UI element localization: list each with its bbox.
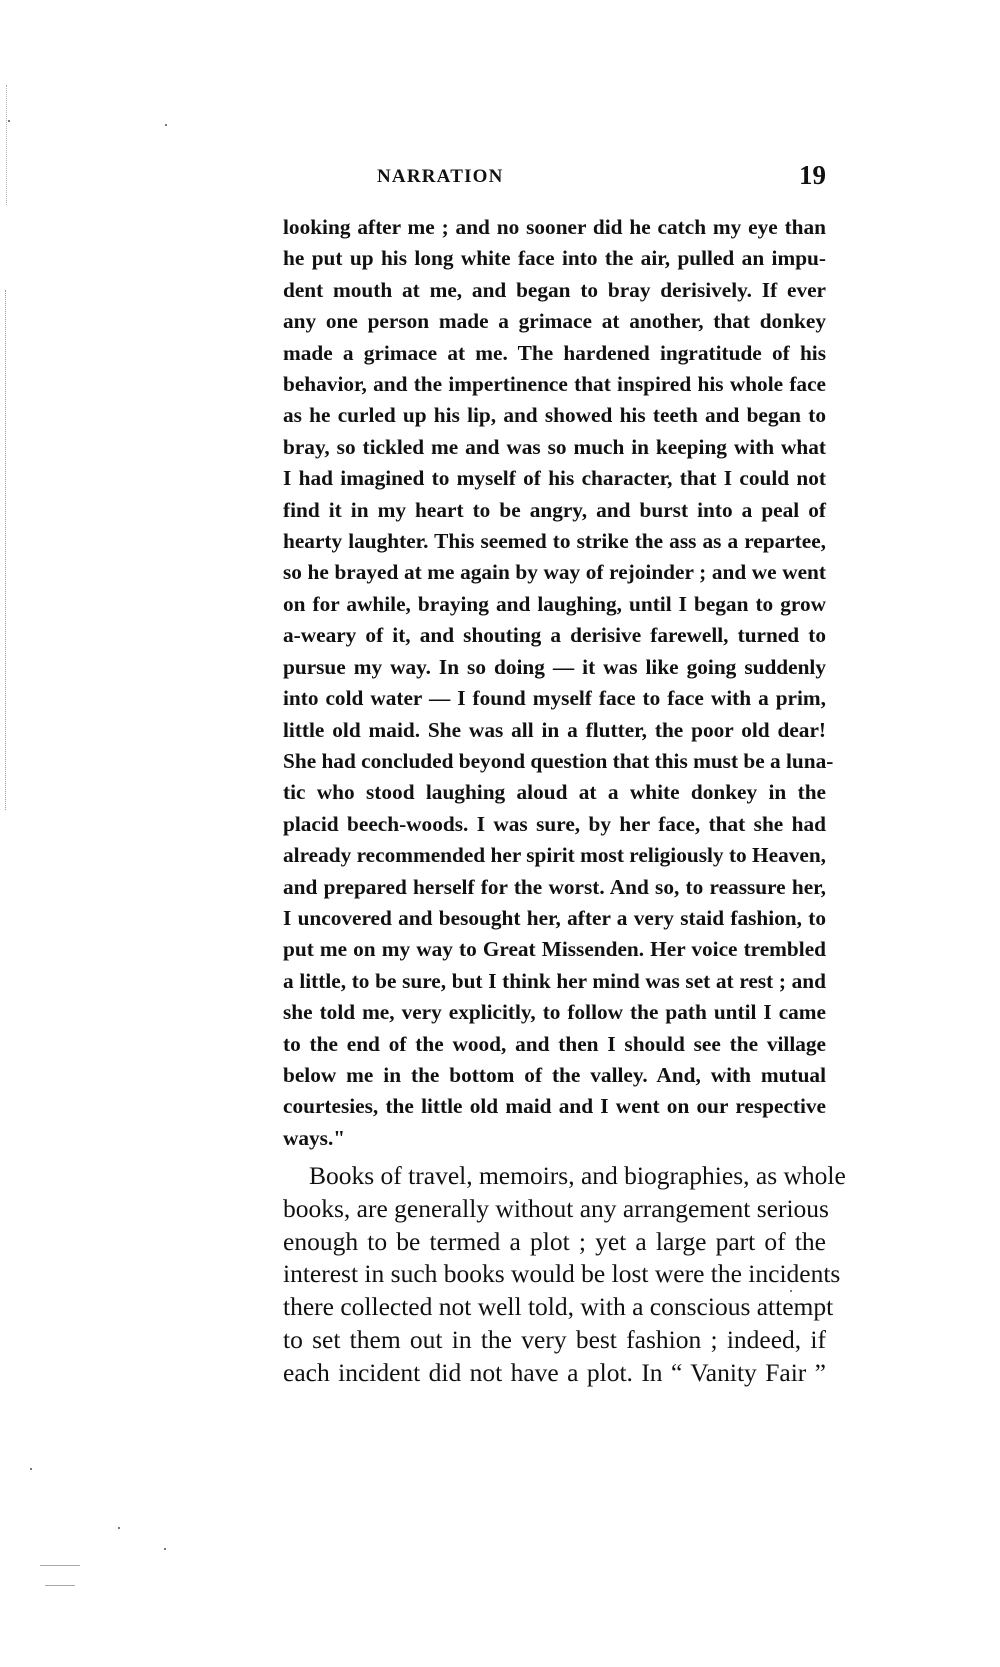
text-line: as he curled up his lip, and showed his … xyxy=(283,400,826,431)
text-line: to set them out in the very best fashion… xyxy=(283,1324,826,1357)
text-line: and prepared herself for the worst. And … xyxy=(283,872,826,903)
text-line: pursue my way. In so doing — it was like… xyxy=(283,652,826,683)
scan-speck xyxy=(164,1548,166,1550)
text-line: ways." xyxy=(283,1123,826,1154)
running-head: NARRATION 19 xyxy=(283,166,826,196)
text-line: dent mouth at me, and began to bray deri… xyxy=(283,275,826,306)
text-line: tic who stood laughing aloud at a white … xyxy=(283,777,826,808)
scan-speck xyxy=(40,1565,80,1566)
page-number: 19 xyxy=(799,160,826,191)
text-line: little old maid. She was all in a flutte… xyxy=(283,715,826,746)
text-line: books, are generally without any arrange… xyxy=(283,1193,826,1226)
scan-speck xyxy=(8,120,10,122)
text-line: below me in the bottom of the valley. An… xyxy=(283,1060,826,1091)
text-line: placid beech-woods. I was sure, by her f… xyxy=(283,809,826,840)
text-line: a little, to be sure, but I think her mi… xyxy=(283,966,826,997)
text-line: a-weary of it, and shouting a derisive f… xyxy=(283,620,826,651)
text-line: made a grimace at me. The hardened ingra… xyxy=(283,338,826,369)
text-line: I had imagined to myself of his characte… xyxy=(283,463,826,494)
text-line: each incident did not have a plot. In “ … xyxy=(283,1357,826,1390)
text-line: enough to be termed a plot ; yet a large… xyxy=(283,1226,826,1259)
text-line: find it in my heart to be angry, and bur… xyxy=(283,495,826,526)
text-line: already recommended her spirit most reli… xyxy=(283,840,826,871)
text-line: on for awhile, braying and laughing, unt… xyxy=(283,589,826,620)
scan-speck xyxy=(30,1468,32,1470)
body-paragraph: Books of travel, memoirs, and biographie… xyxy=(283,1160,826,1390)
text-line: he put up his long white face into the a… xyxy=(283,243,826,274)
quoted-passage: looking after me ; and no sooner did he … xyxy=(283,212,826,1154)
text-line: she told me, very explicitly, to follow … xyxy=(283,997,826,1028)
text-line: into cold water — I found myself face to… xyxy=(283,683,826,714)
text-line: to the end of the wood, and then I shoul… xyxy=(283,1029,826,1060)
scan-speck xyxy=(45,1585,75,1586)
text-line: bray, so tickled me and was so much in k… xyxy=(283,432,826,463)
text-line: Books of travel, memoirs, and biographie… xyxy=(283,1160,826,1193)
scan-gutter-line xyxy=(5,290,6,810)
text-line: looking after me ; and no sooner did he … xyxy=(283,212,826,243)
text-line: interest in such books would be lost wer… xyxy=(283,1258,826,1291)
scan-speck xyxy=(165,124,167,126)
scan-gutter-dots xyxy=(6,85,9,205)
running-title: NARRATION xyxy=(377,166,504,188)
text-line: I uncovered and besought her, after a ve… xyxy=(283,903,826,934)
text-line: courtesies, the little old maid and I we… xyxy=(283,1091,826,1122)
text-line: put me on my way to Great Missenden. Her… xyxy=(283,934,826,965)
text-line: there collected not well told, with a co… xyxy=(283,1291,826,1324)
text-line: behavior, and the impertinence that insp… xyxy=(283,369,826,400)
text-line: so he brayed at me again by way of rejoi… xyxy=(283,557,826,588)
text-line: hearty laughter. This seemed to strike t… xyxy=(283,526,826,557)
text-line: any one person made a grimace at another… xyxy=(283,306,826,337)
scan-speck xyxy=(118,1527,120,1529)
text-line: She had concluded beyond question that t… xyxy=(283,746,826,777)
